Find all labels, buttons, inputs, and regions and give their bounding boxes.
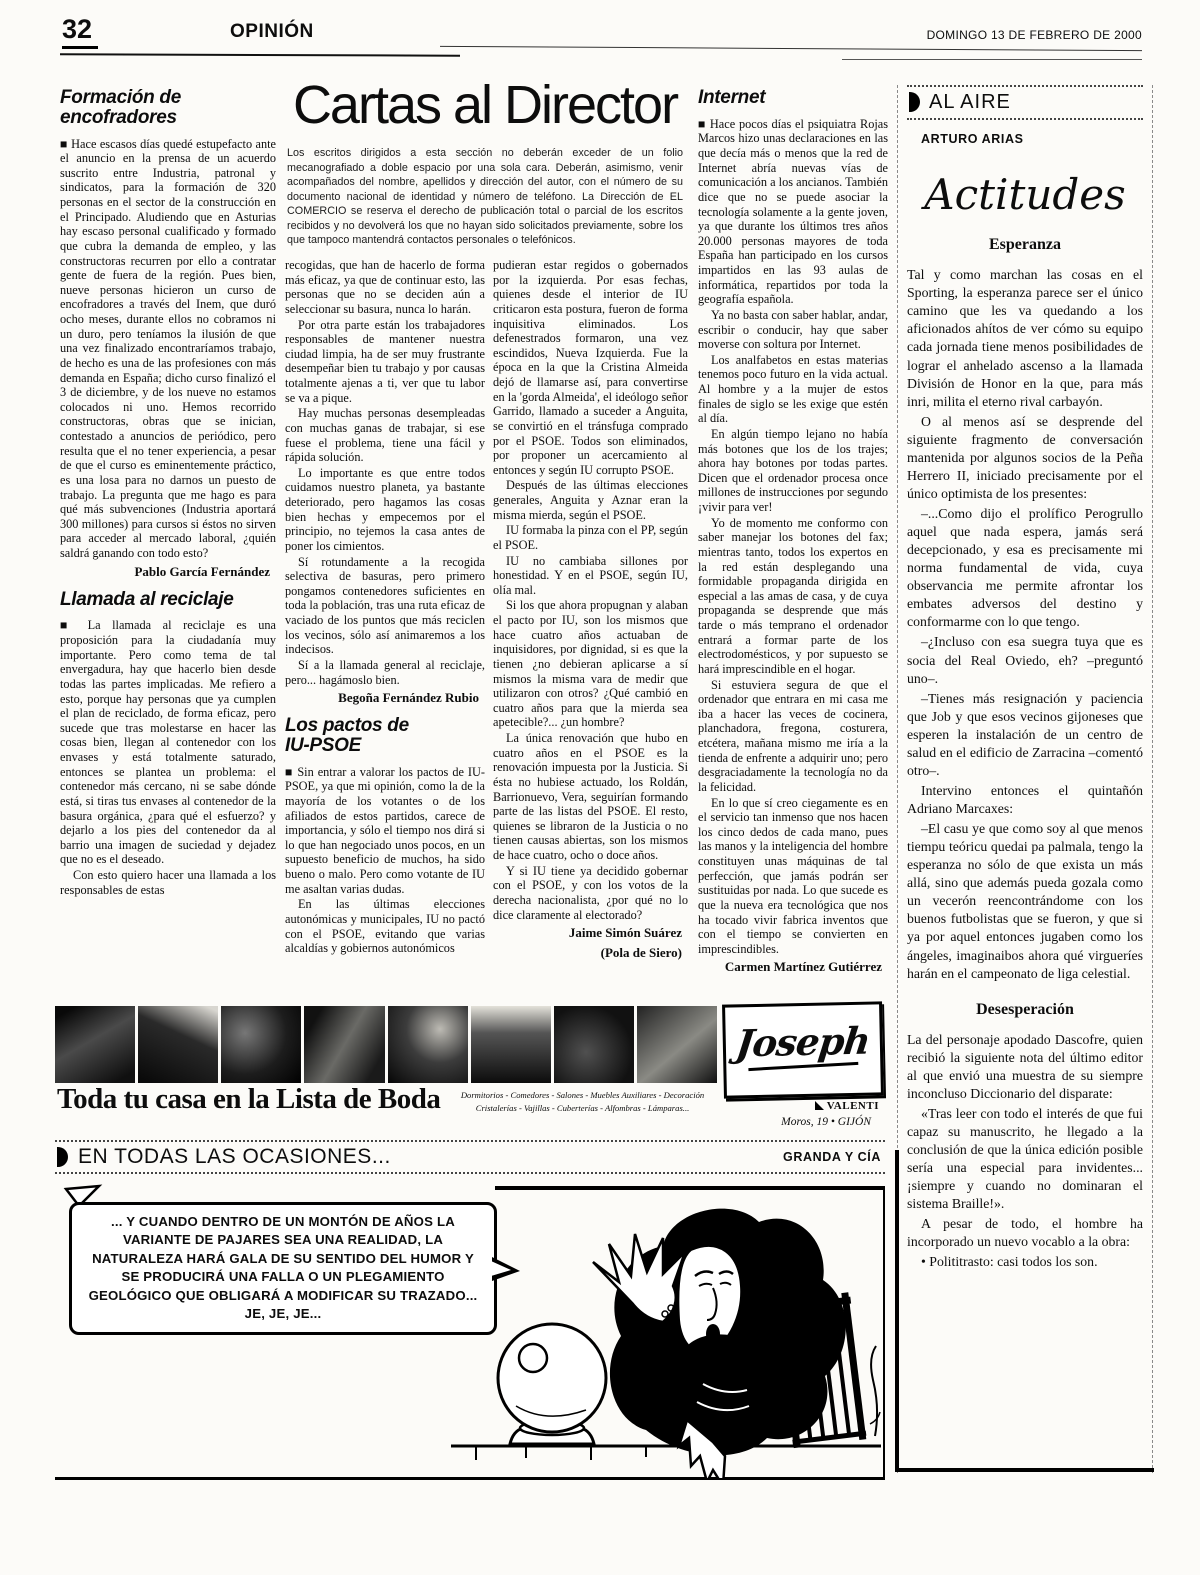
signature: Begoña Fernández Rubio <box>285 690 479 706</box>
paragraph: –...Como dijo el prolífico Perogrullo aq… <box>907 505 1143 631</box>
masthead-rule <box>440 46 1142 51</box>
paragraph: pudieran estar regidos o gobernados por … <box>493 258 688 477</box>
section-body-desesperacion: La del personaje apodado Dascofre, quien… <box>907 1031 1143 1272</box>
signature: Carmen Martínez Gutiérrez <box>698 959 882 975</box>
paragraph: Tal y como marchan las cosas en el Sport… <box>907 266 1143 411</box>
ad-photo <box>554 1006 634 1083</box>
letter-body-reciclaje-col2: recogidas, que han de hacerlo de forma m… <box>285 258 485 687</box>
brand-address: Moros, 19 • GIJÓN <box>781 1116 871 1128</box>
paragraph: Por otra parte están los trabajadores re… <box>285 318 485 406</box>
comic-kicker-row: EN TODAS LAS OCASIONES... GRANDA Y CÍA <box>55 1140 885 1174</box>
masthead-rule <box>842 59 1142 60</box>
page-number: 32 <box>62 14 98 49</box>
ad-photo <box>55 1006 135 1083</box>
ad-photo-collage <box>55 1006 717 1083</box>
ad-photo <box>637 1006 717 1083</box>
paragraph: Si los que ahora propugnan y alaban el p… <box>493 598 688 730</box>
brand-logo-box: Joseph <box>722 1001 884 1098</box>
half-disc-icon <box>57 1147 68 1167</box>
cartas-intro: Los escritos dirigidos a esta sección no… <box>283 146 687 248</box>
column-4: Internet ■ Hace pocos días el psiquiatra… <box>698 88 888 1004</box>
ad-categories-line2: Cristalerías - Vajillas - Cuberterías - … <box>476 1103 690 1113</box>
paragraph: recogidas, que han de hacerlo de forma m… <box>285 258 485 317</box>
fortune-teller-illustration <box>451 1188 881 1478</box>
paragraph: –El casu ye que como soy al que menos ti… <box>907 820 1143 983</box>
paragraph: En lo que sí creo ciegamente es en el se… <box>698 796 888 957</box>
paragraph: ■ Hace escasos días quedé estupefacto an… <box>60 137 276 561</box>
paragraph: En las últimas elecciones autonómicas y … <box>285 897 485 956</box>
paragraph: Con esto quiero hacer una llamada a los … <box>60 868 276 897</box>
cartas-title: Cartas al Director <box>283 78 687 132</box>
page-date: DOMINGO 13 DE FEBRERO DE 2000 <box>927 28 1142 42</box>
paragraph: «Tras leer con todo el interés de que fu… <box>907 1105 1143 1213</box>
letter-body-reciclaje-col1: ■ La llamada al reciclaje es una proposi… <box>60 618 276 897</box>
letter-title-reciclaje: Llamada al reciclaje <box>60 590 276 610</box>
paragraph: Después de las últimas elecciones genera… <box>493 478 688 522</box>
paragraph: En algún tiempo lejano no había más boto… <box>698 427 888 515</box>
masthead-rule <box>60 53 460 56</box>
section-title: OPINIÓN <box>230 21 314 43</box>
paragraph: Ya no basta con saber hablar, andar, esc… <box>698 308 888 352</box>
section-heading-esperanza: Esperanza <box>907 236 1143 254</box>
paragraph: • Polititrasto: casi todos los son. <box>907 1253 1143 1271</box>
letter-body-internet: ■ Hace pocos días el psiquiatra Rojas Ma… <box>698 117 888 957</box>
column-2: recogidas, que han de hacerlo de forma m… <box>285 258 485 1004</box>
ad-categories: Dormitorios - Comedores - Salones - Mueb… <box>455 1089 710 1115</box>
brand-logo: Joseph <box>724 1022 882 1062</box>
paragraph: Si estuviera segura de que el ordenador … <box>698 678 888 795</box>
distributor-name: VALENTI <box>827 1100 879 1112</box>
ad-photo <box>304 1006 384 1083</box>
paragraph: Y si IU tiene ya decidido gobernar con e… <box>493 864 688 923</box>
half-disc-icon <box>909 92 920 112</box>
paragraph: –Tienes más resignación y paciencia que … <box>907 690 1143 780</box>
comic-credit: GRANDA Y CÍA <box>783 1150 881 1164</box>
paragraph: La del personaje apodado Dascofre, quien… <box>907 1031 1143 1103</box>
column-1: Formación de encofradores ■ Hace escasos… <box>60 88 276 1004</box>
brand-distributor: VALENTI <box>815 1100 879 1112</box>
ad-headline: Toda tu casa en la Lista de Boda <box>57 1085 440 1114</box>
al-aire-kicker: AL AIRE <box>929 92 1011 112</box>
distributor-triangle-icon <box>815 1101 824 1110</box>
paragraph: ■ Hace pocos días el psiquiatra Rojas Ma… <box>698 117 888 307</box>
paragraph: A pesar de todo, el hombre ha incorporad… <box>907 1215 1143 1251</box>
comic-kicker: EN TODAS LAS OCASIONES... <box>78 1146 773 1167</box>
paragraph: La única renovación que hubo en cuatro a… <box>493 731 688 863</box>
letter-body-pactos-col3: pudieran estar regidos o gobernados por … <box>493 258 688 922</box>
paragraph: Yo de momento me conformo con saber mane… <box>698 516 888 677</box>
paragraph: IU no cambiaba sillones por honestidad. … <box>493 554 688 598</box>
ad-photo <box>221 1006 301 1083</box>
al-aire-column: AL AIRE ARTURO ARIAS Actitudes Esperanza… <box>897 85 1153 1473</box>
paragraph: ■ La llamada al reciclaje es una proposi… <box>60 618 276 867</box>
paragraph: Hay muchas personas desempleadas con muc… <box>285 406 485 465</box>
paragraph: O al menos así se desprende del siguient… <box>907 413 1143 503</box>
signature: Jaime Simón Suárez <box>493 925 682 941</box>
paragraph: Sí rotundamente a la recogida selectiva … <box>285 555 485 657</box>
column-3: pudieran estar regidos o gobernados por … <box>493 258 688 1006</box>
paragraph: Los analfabetos en estas materias tenemo… <box>698 353 888 426</box>
masthead: 32 OPINIÓN DOMINGO 13 DE FEBRERO DE 2000 <box>60 12 1142 58</box>
section-heading-desesperacion: Desesperación <box>907 1001 1143 1019</box>
ad-photo <box>138 1006 218 1083</box>
letter-title-pactos: Los pactos de IU-PSOE <box>285 716 435 756</box>
letter-title-formacion: Formación de encofradores <box>60 88 276 128</box>
section-body-esperanza: Tal y como marchan las cosas en el Sport… <box>907 266 1143 982</box>
signature-place: (Pola de Siero) <box>493 945 682 961</box>
al-aire-kicker-row: AL AIRE <box>907 85 1143 120</box>
paragraph: IU formaba la pinza con el PP, según el … <box>493 523 688 552</box>
ad-photo <box>471 1006 551 1083</box>
lista-de-boda-ad: Toda tu casa en la Lista de Boda Dormito… <box>55 1003 885 1135</box>
paragraph: Intervino entonces el quintañón Adriano … <box>907 782 1143 818</box>
letter-body-pactos-col2: ■ Sin entrar a valorar los pactos de IU-… <box>285 765 485 956</box>
author-byline: ARTURO ARIAS <box>921 132 1143 146</box>
signature: Pablo García Fernández <box>60 564 270 580</box>
paragraph: Lo importante es que entre todos cuidamo… <box>285 466 485 554</box>
ad-categories-line1: Dormitorios - Comedores - Salones - Mueb… <box>461 1090 704 1100</box>
letter-body-formacion: ■ Hace escasos días quedé estupefacto an… <box>60 137 276 561</box>
paragraph: Sí a la llamada general al reciclaje, pe… <box>285 658 485 687</box>
letter-title-internet: Internet <box>698 88 888 108</box>
paragraph: ■ Sin entrar a valorar los pactos de IU-… <box>285 765 485 897</box>
ad-photo <box>388 1006 468 1083</box>
cartas-al-director-header: Cartas al Director Los escritos dirigido… <box>283 78 687 259</box>
comic-panel: ... Y CUANDO DENTRO DE UN MONTÓN DE AÑOS… <box>55 1178 885 1480</box>
speech-bubble-text: ... Y CUANDO DENTRO DE UN MONTÓN DE AÑOS… <box>84 1213 482 1324</box>
column-title: Actitudes <box>907 172 1143 218</box>
speech-bubble: ... Y CUANDO DENTRO DE UN MONTÓN DE AÑOS… <box>69 1202 497 1335</box>
comic-panel-border <box>883 1186 885 1478</box>
paragraph: –¿Incluso con esa suegra tuya que es soc… <box>907 633 1143 687</box>
